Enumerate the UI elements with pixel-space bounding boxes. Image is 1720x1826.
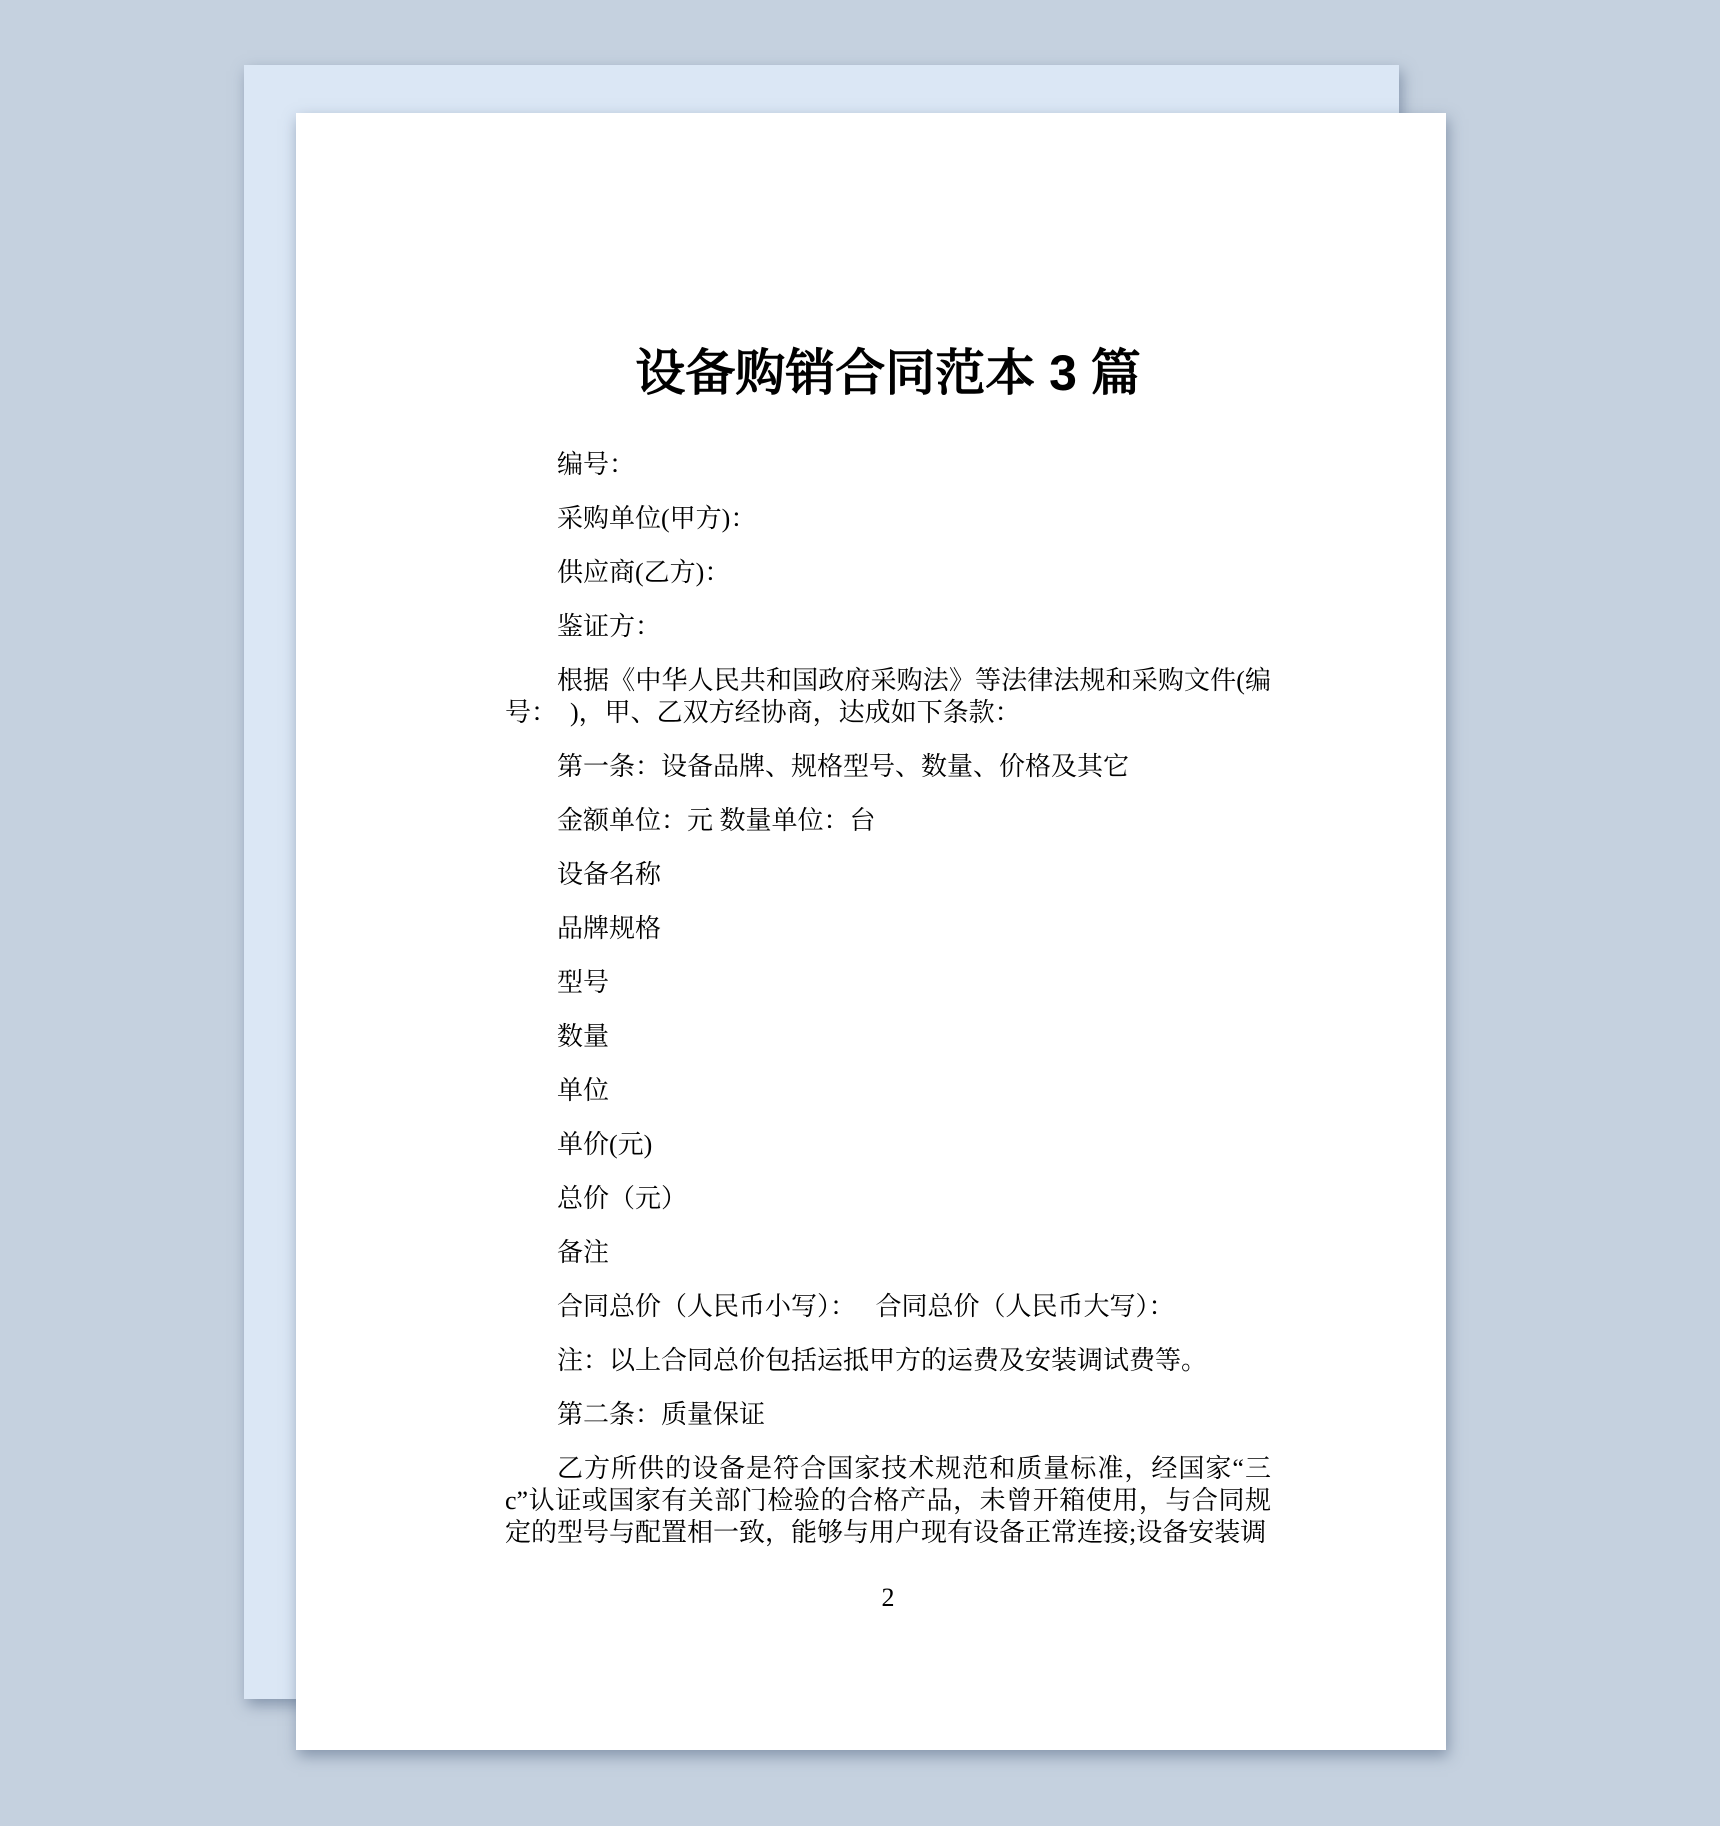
paragraph: 金额单位：元 数量单位：台 [505,805,1271,837]
paragraph: 数量 [505,1021,1271,1053]
paragraph: 注：以上合同总价包括运抵甲方的运费及安装调试费等。 [505,1345,1271,1377]
paragraph: 根据《中华人民共和国政府采购法》等法律法规和采购文件(编号： )，甲、乙双方经协… [505,665,1271,729]
document-page: 设备购销合同范本 3 篇 编号：采购单位(甲方)：供应商(乙方)：鉴证方：根据《… [296,113,1446,1750]
paragraph: 设备名称 [505,859,1271,891]
document-content: 设备购销合同范本 3 篇 编号：采购单位(甲方)：供应商(乙方)：鉴证方：根据《… [505,343,1271,1571]
paragraph: 乙方所供的设备是符合国家技术规范和质量标准，经国家“三c”认证或国家有关部门检验… [505,1453,1271,1549]
paragraph: 鉴证方： [505,611,1271,643]
paragraph: 品牌规格 [505,913,1271,945]
paragraph: 型号 [505,967,1271,999]
paragraph: 第二条：质量保证 [505,1399,1271,1431]
desk-background: 设备购销合同范本 3 篇 编号：采购单位(甲方)：供应商(乙方)：鉴证方：根据《… [0,0,1720,1826]
paragraph: 供应商(乙方)： [505,557,1271,589]
paragraph: 第一条：设备品牌、规格型号、数量、价格及其它 [505,751,1271,783]
paragraph-list: 编号：采购单位(甲方)：供应商(乙方)：鉴证方：根据《中华人民共和国政府采购法》… [505,449,1271,1549]
document-title: 设备购销合同范本 3 篇 [505,343,1271,403]
paragraph: 采购单位(甲方)： [505,503,1271,535]
paragraph: 合同总价（人民币小写）： 合同总价（人民币大写）： [505,1291,1271,1323]
page-number: 2 [505,1583,1271,1613]
paragraph: 单位 [505,1075,1271,1107]
paragraph: 备注 [505,1237,1271,1269]
paragraph: 编号： [505,449,1271,481]
paragraph: 总价（元） [505,1183,1271,1215]
paragraph: 单价(元) [505,1129,1271,1161]
